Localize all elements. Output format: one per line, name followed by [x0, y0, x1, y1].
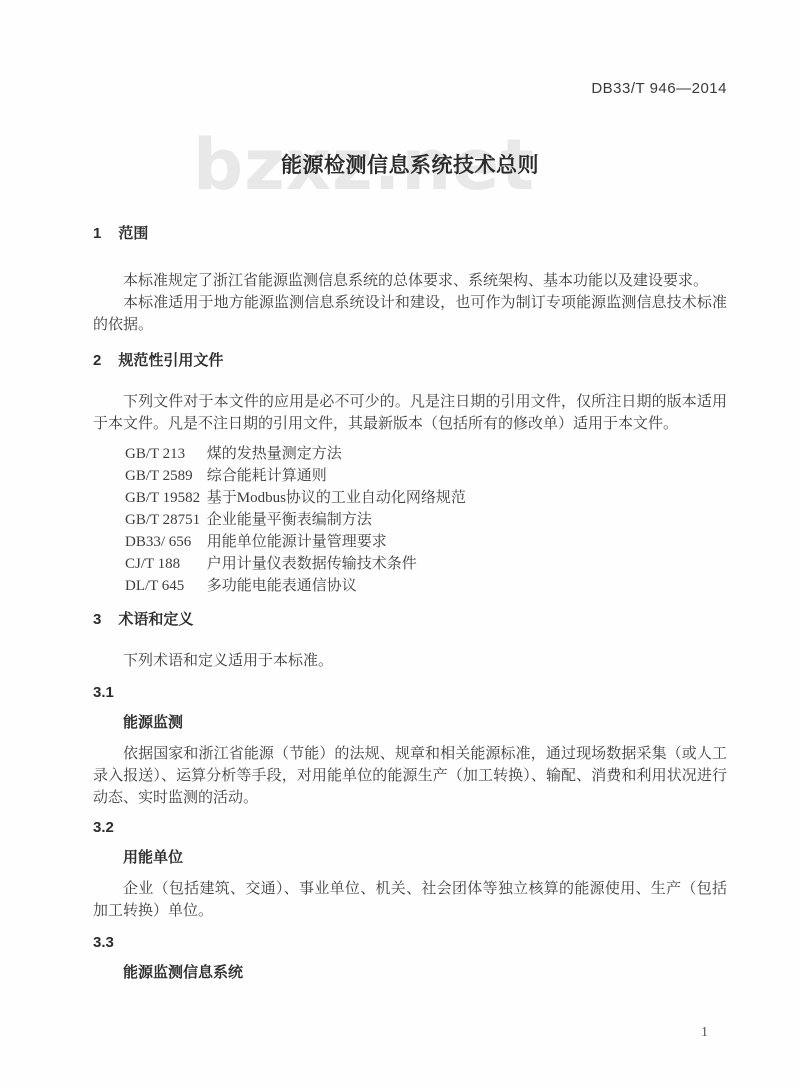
term-name: 能源监测 [93, 713, 727, 733]
reference-item: GB/T 28751 企业能量平衡表编制方法 [125, 509, 727, 531]
references-list: GB/T 213 煤的发热量测定方法 GB/T 2589 综合能耗计算通则 GB… [93, 443, 727, 597]
reference-code: GB/T 2589 [125, 465, 203, 487]
term-definition: 企业（包括建筑、交通）、事业单位、机关、社会团体等独立核算的能源使用、生产（包括… [93, 878, 727, 922]
references-heading-text: 规范性引用文件 [118, 351, 223, 371]
term-number: 3.1 [93, 683, 727, 703]
reference-title: 综合能耗计算通则 [207, 468, 327, 484]
references-heading: 2 规范性引用文件 [93, 351, 727, 371]
reference-code: DB33/ 656 [125, 531, 203, 553]
term-entry: 3.3 能源监测信息系统 [93, 933, 727, 983]
terms-heading-number: 3 [93, 610, 101, 630]
standard-number: DB33/T 946—2014 [93, 80, 727, 98]
scope-heading-text: 范围 [118, 224, 148, 244]
term-number: 3.2 [93, 818, 727, 838]
reference-item: CJ/T 188 户用计量仪表数据传输技术条件 [125, 553, 727, 575]
reference-title: 多功能电能表通信协议 [207, 578, 357, 594]
section-terms: 3 术语和定义 下列术语和定义适用于本标准。 3.1 能源监测 依据国家和浙江省… [93, 610, 727, 983]
reference-item: GB/T 2589 综合能耗计算通则 [125, 465, 727, 487]
document-page: DB33/T 946—2014 bzxz.net 能源检测信息系统技术总则 1 … [0, 0, 800, 1091]
reference-title: 基于Modbus协议的工业自动化网络规范 [207, 490, 466, 506]
reference-item: GB/T 19582 基于Modbus协议的工业自动化网络规范 [125, 487, 727, 509]
term-name: 用能单位 [93, 848, 727, 868]
section-references: 2 规范性引用文件 下列文件对于本文件的应用是必不可少的。凡是注日期的引用文件，… [93, 351, 727, 597]
scope-heading: 1 范围 [93, 224, 727, 244]
reference-title: 企业能量平衡表编制方法 [207, 512, 372, 528]
reference-code: DL/T 645 [125, 575, 203, 597]
reference-code: GB/T 19582 [125, 487, 203, 509]
scope-paragraphs: 本标准规定了浙江省能源监测信息系统的总体要求、系统架构、基本功能以及建设要求。 … [93, 270, 727, 336]
term-definition: 依据国家和浙江省能源（节能）的法规、规章和相关能源标准，通过现场数据采集（或人工… [93, 743, 727, 809]
references-heading-number: 2 [93, 351, 101, 371]
reference-code: CJ/T 188 [125, 553, 203, 575]
reference-item: DL/T 645 多功能电能表通信协议 [125, 575, 727, 597]
page-number: 1 [701, 1023, 708, 1043]
reference-code: GB/T 213 [125, 443, 203, 465]
section-scope: 1 范围 本标准规定了浙江省能源监测信息系统的总体要求、系统架构、基本功能以及建… [93, 224, 727, 336]
term-entry: 3.1 能源监测 依据国家和浙江省能源（节能）的法规、规章和相关能源标准，通过现… [93, 683, 727, 809]
paragraph: 本标准规定了浙江省能源监测信息系统的总体要求、系统架构、基本功能以及建设要求。 [93, 270, 727, 292]
term-name: 能源监测信息系统 [93, 963, 727, 983]
title-block: bzxz.net 能源检测信息系统技术总则 [93, 150, 727, 182]
reference-title: 户用计量仪表数据传输技术条件 [207, 556, 417, 572]
scope-heading-number: 1 [93, 224, 101, 244]
reference-code: GB/T 28751 [125, 509, 203, 531]
document-title: 能源检测信息系统技术总则 [93, 150, 727, 182]
terms-heading: 3 术语和定义 [93, 610, 727, 630]
references-intro: 下列文件对于本文件的应用是必不可少的。凡是注日期的引用文件，仅所注日期的版本适用… [93, 391, 727, 435]
reference-title: 煤的发热量测定方法 [207, 446, 342, 462]
term-entry: 3.2 用能单位 企业（包括建筑、交通）、事业单位、机关、社会团体等独立核算的能… [93, 818, 727, 922]
reference-item: GB/T 213 煤的发热量测定方法 [125, 443, 727, 465]
term-number: 3.3 [93, 933, 727, 953]
reference-title: 用能单位能源计量管理要求 [207, 534, 387, 550]
terms-intro: 下列术语和定义适用于本标准。 [93, 650, 727, 672]
reference-item: DB33/ 656 用能单位能源计量管理要求 [125, 531, 727, 553]
terms-heading-text: 术语和定义 [118, 610, 193, 630]
paragraph: 本标准适用于地方能源监测信息系统设计和建设，也可作为制订专项能源监测信息技术标准… [93, 292, 727, 336]
